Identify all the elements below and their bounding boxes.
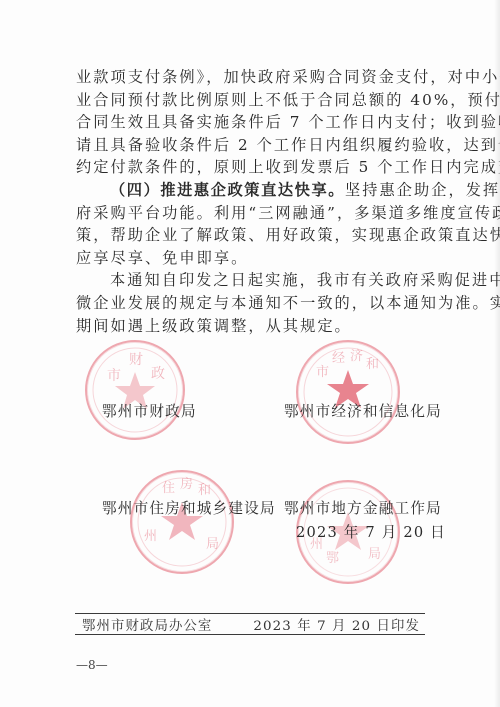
- official-seal-housing-bureau: 住 房 和 州 局: [130, 470, 234, 574]
- paragraph-3-line-3: 期间如遇上级政策调整，从其规定。: [76, 315, 426, 338]
- svg-text:局: 局: [368, 547, 381, 562]
- footer-bottom-rule: [75, 634, 425, 635]
- seal-star-icon: 住 房 和 州 局: [132, 472, 232, 572]
- paragraph-3-line-2: 微企业发展的规定与本通知不一致的，以本通知为准。实施: [76, 292, 426, 315]
- official-seal-economy-bureau: 市 经 济 和: [296, 340, 400, 444]
- svg-text:市: 市: [316, 365, 329, 380]
- seal-star-icon: 市 经 济 和: [298, 342, 398, 442]
- paragraph-1-line-3: 合同生效且具备实施条件后 7 个工作日内支付；收到验收申: [76, 111, 426, 134]
- svg-text:经: 经: [332, 351, 345, 366]
- svg-text:济: 济: [350, 348, 363, 364]
- section-heading: （四）推进惠企政策直达快享。: [110, 181, 345, 199]
- paragraph-1-line-2: 业合同预付款比例原则上不低于合同总额的 40%，预付款在: [76, 89, 426, 112]
- paragraph-3-line-1: 本通知自印发之日起实施，我市有关政府采购促进中小: [76, 269, 426, 292]
- issue-date: 2023 年 7 月 20 日: [296, 521, 446, 542]
- signature-housing-bureau: 鄂州市住房和城乡建设局: [102, 497, 276, 518]
- svg-text:鄂: 鄂: [326, 551, 339, 566]
- official-seal-finance-bureau: 市 财 政: [85, 340, 185, 440]
- paragraph-2-line-2: 府采购平台功能。利用“三网融通”，多渠道多维度宣传政: [76, 202, 426, 225]
- svg-text:房: 房: [180, 476, 193, 492]
- svg-text:局: 局: [206, 537, 219, 552]
- paragraph-1-line-1: 业款项支付条例》，加快政府采购合同资金支付，对中小企: [76, 66, 426, 89]
- body-text: 业款项支付条例》，加快政府采购合同资金支付，对中小企 业合同预付款比例原则上不低…: [76, 66, 426, 337]
- seal-star-icon: 市 财 政: [87, 342, 183, 438]
- footer-issue-date: 2023 年 7 月 20 日印发: [253, 615, 420, 634]
- paragraph-1-line-5: 约定付款条件的，原则上收到发票后 5 个工作日内完成支付。: [76, 156, 426, 179]
- signature-finance-bureau: 鄂州市财政局: [102, 400, 197, 421]
- svg-text:政: 政: [151, 366, 165, 382]
- signature-finance-work-bureau: 鄂州市地方金融工作局: [284, 497, 442, 518]
- paragraph-2-line-3: 策，帮助企业了解政策、用好政策，实现惠企政策直达快享、: [76, 224, 426, 247]
- document-page: 业款项支付条例》，加快政府采购合同资金支付，对中小企 业合同预付款比例原则上不低…: [0, 0, 500, 707]
- svg-text:市: 市: [107, 368, 121, 384]
- svg-text:和: 和: [366, 357, 379, 372]
- paragraph-2-first-line-text: 坚持惠企助企，发挥政: [345, 181, 500, 199]
- paragraph-2-line-1: （四）推进惠企政策直达快享。坚持惠企助企，发挥政: [76, 179, 426, 202]
- svg-text:州: 州: [144, 529, 157, 544]
- svg-text:和: 和: [198, 483, 211, 498]
- svg-text:财: 财: [129, 351, 143, 368]
- page-number: —8—: [76, 658, 108, 672]
- footer-issuer: 鄂州市财政局办公室: [82, 615, 212, 634]
- paragraph-1-line-4: 请且具备验收条件后 2 个工作日内组织履约验收，达到合同: [76, 134, 426, 157]
- svg-text:住: 住: [162, 481, 175, 496]
- signature-economy-bureau: 鄂州市经济和信息化局: [284, 400, 442, 421]
- paragraph-2-line-4: 应享尽享、免申即享。: [76, 247, 426, 270]
